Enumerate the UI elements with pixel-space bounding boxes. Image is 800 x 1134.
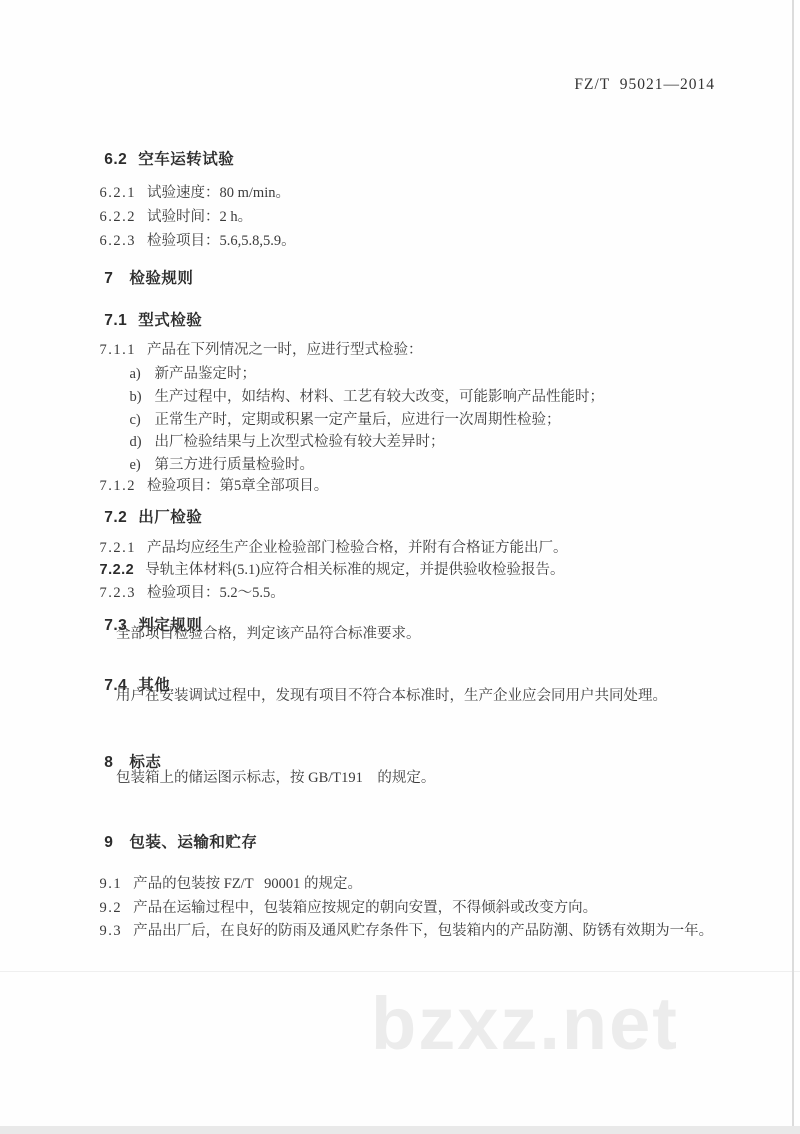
clause-number: 9.3 (100, 923, 123, 939)
scan-artifact-line (0, 971, 800, 972)
watermark-text: bzxz.net (371, 981, 679, 1066)
chapter-number: 9 (104, 834, 113, 851)
standard-reference: FZ/T 95021—2014 (574, 76, 715, 94)
clause-9-3: 9.3产品出厂后，在良好的防雨及通风贮存条件下，包装箱内的产品防潮、防锈有效期为… (85, 900, 725, 963)
chapter-number: 8 (104, 754, 113, 771)
paragraph-7-4: 用户在安装调试过程中，发现有项目不符合本标准时，生产企业应会同用户共同处理。 (116, 686, 726, 707)
page-bottom-strip (0, 1126, 800, 1134)
chapter-title: 包装、运输和贮存 (129, 834, 257, 851)
paragraph-7-3: 全部项目检验合格，判定该产品符合标准要求。 (116, 624, 726, 645)
document-page: FZ/T 95021—2014 6.2空车运转试验 6.2.1试验速度：80 m… (0, 0, 800, 1134)
chapter-title: 检验规则 (129, 270, 193, 287)
clause-text: 产品出厂后，在良好的防雨及通风贮存条件下，包装箱内的产品防潮、防锈有效期为一年。 (133, 923, 713, 939)
paragraph-8: 包装箱上的储运图示标志，按 GB/T191 的规定。 (116, 768, 726, 789)
chapter-number: 7 (104, 270, 113, 287)
page-edge-line (792, 0, 794, 1134)
